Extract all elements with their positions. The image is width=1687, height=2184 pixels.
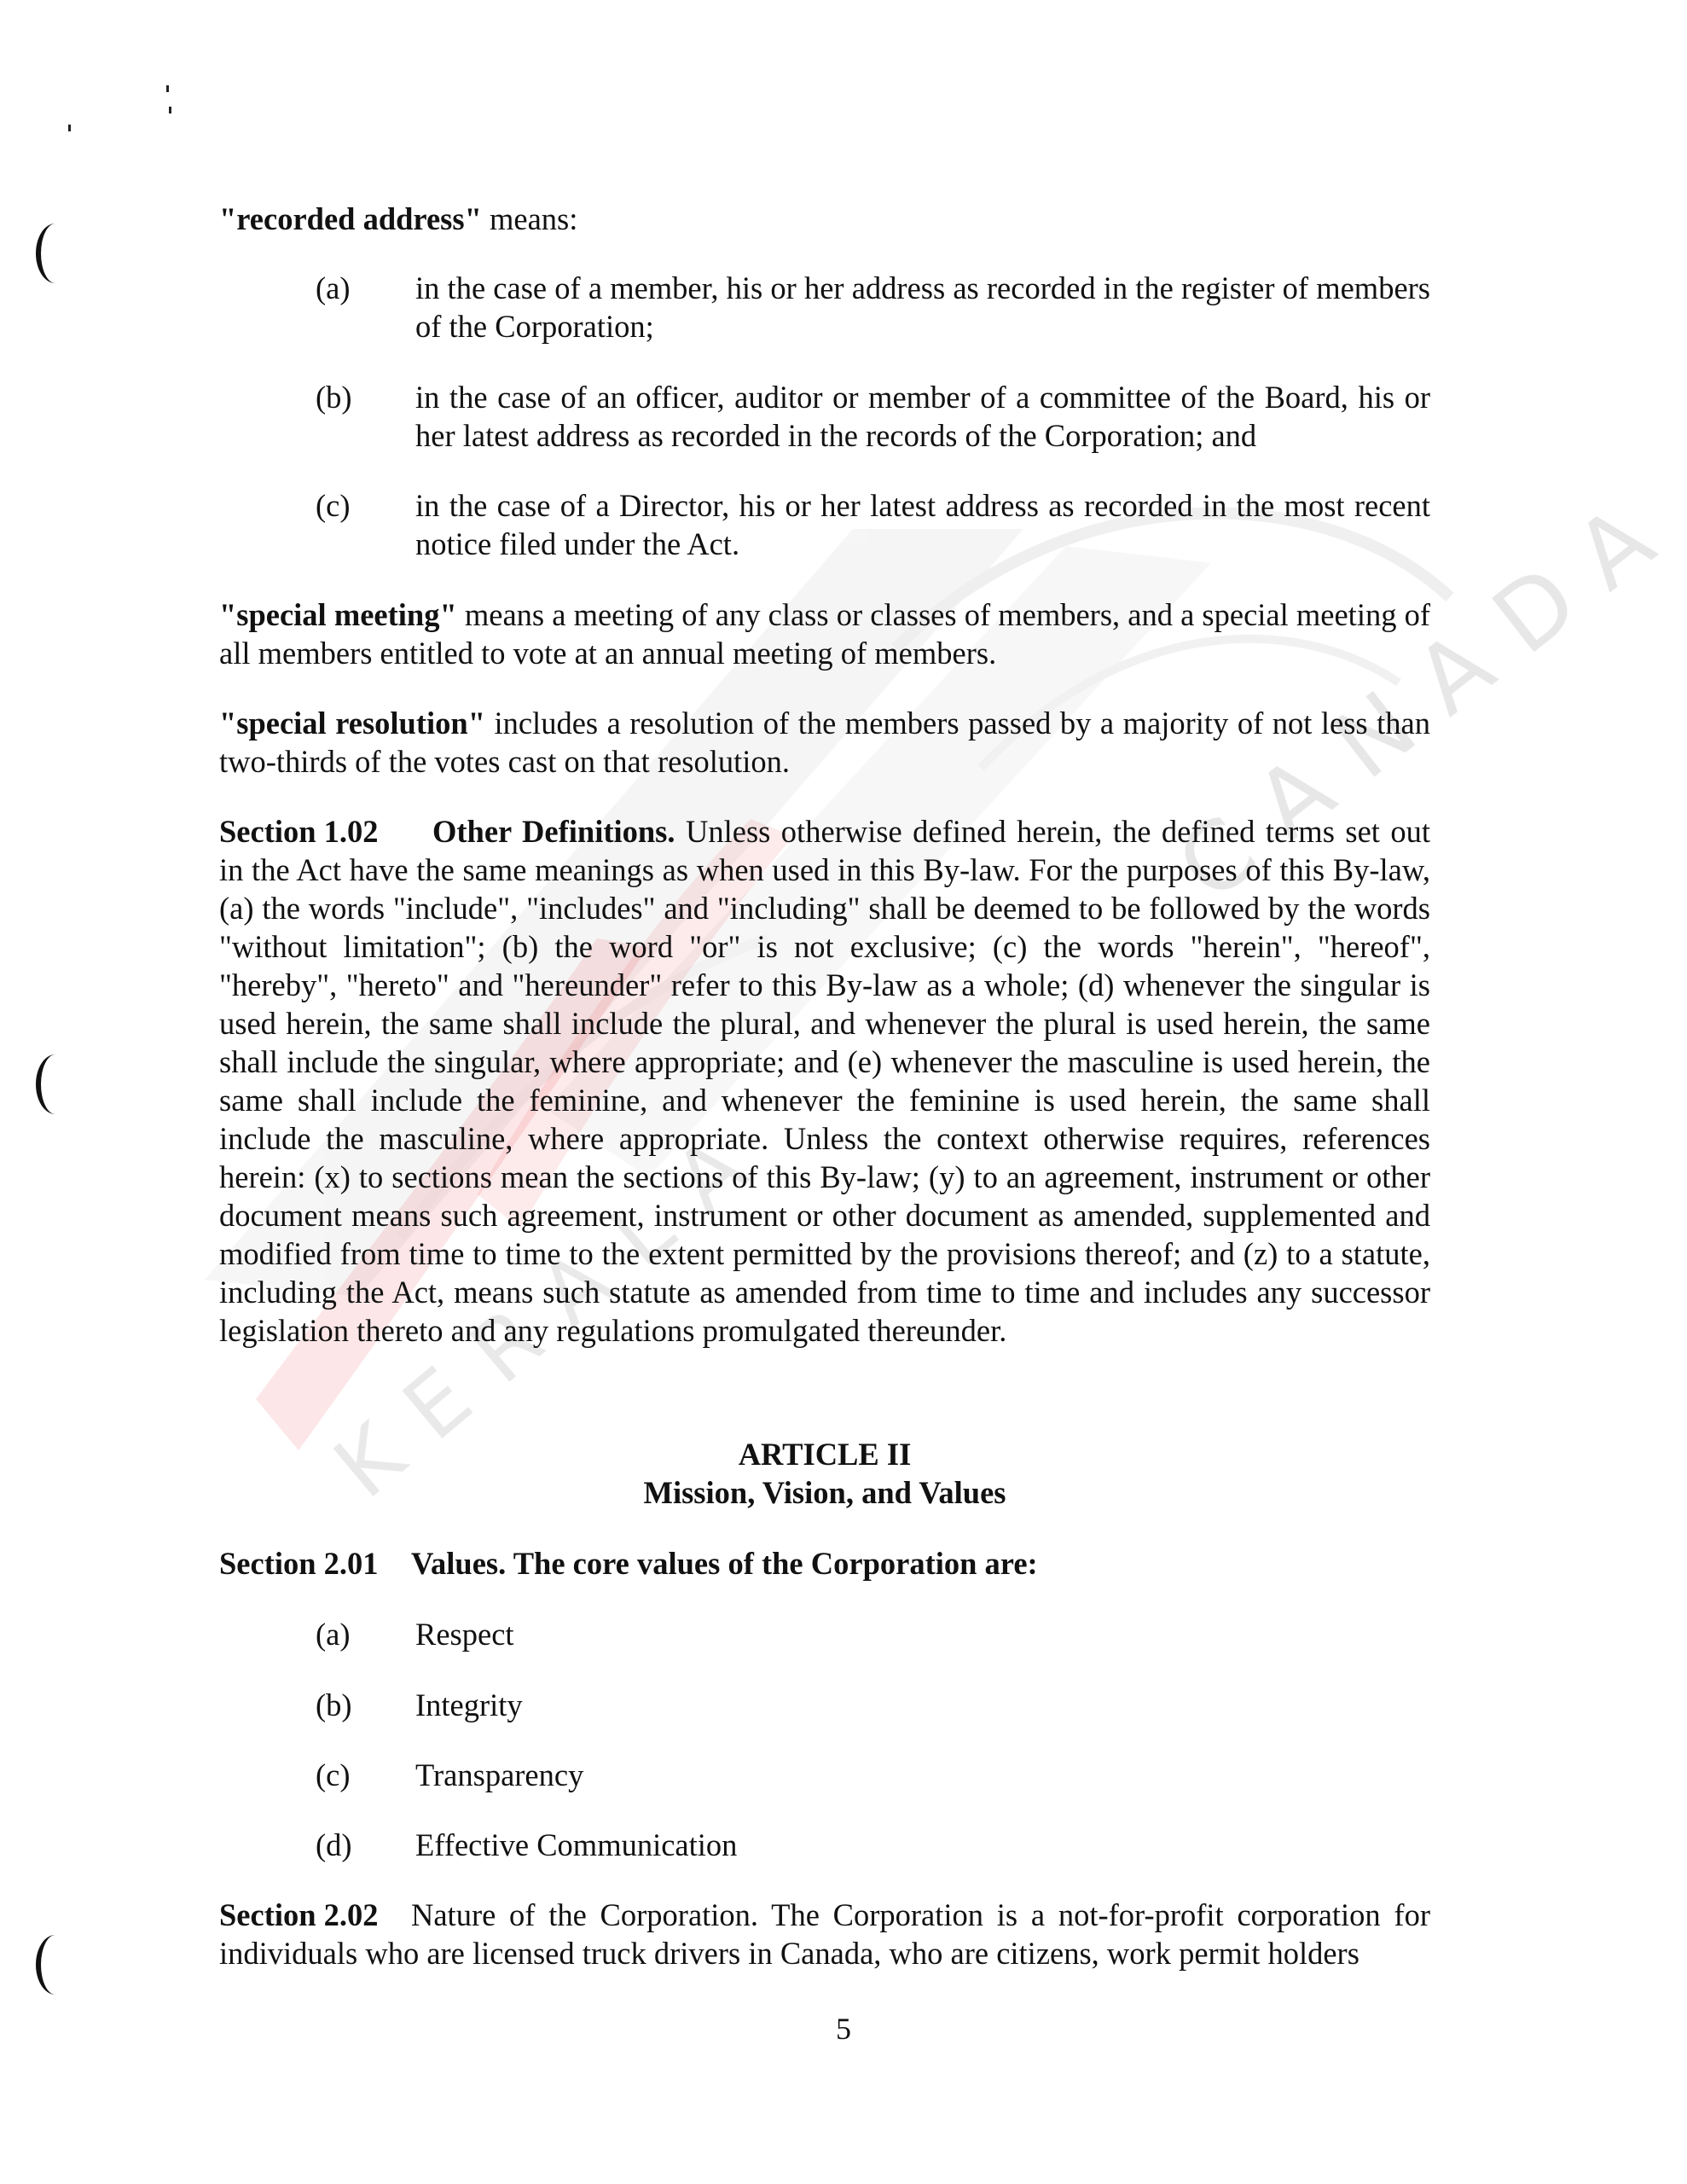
section-number: Section 2.01 <box>219 1544 411 1583</box>
list-text: in the case of an officer, auditor or me… <box>415 378 1430 455</box>
punch-hole-mark <box>36 1935 75 1995</box>
value-text: Effective Communication <box>415 1826 1430 1864</box>
article-subheading: Mission, Vision, and Values <box>219 1473 1430 1512</box>
list-label: (a) <box>316 1615 351 1653</box>
section-1-02: Section 1.02Other Definitions. Unless ot… <box>219 812 1430 1350</box>
section-2-01: Section 2.01Values. The core values of t… <box>219 1544 1430 1583</box>
value-text: Integrity <box>415 1686 1430 1724</box>
section-title: Other Definitions. <box>432 814 675 849</box>
definition-recorded-address: "recorded address" means: <box>219 200 1430 238</box>
punch-hole-mark <box>36 224 75 283</box>
scan-speck <box>166 85 169 92</box>
punch-hole-mark <box>36 1054 75 1114</box>
section-title: Values. The core values of the Corporati… <box>411 1546 1038 1581</box>
list-text: in the case of a Director, his or her la… <box>415 486 1430 563</box>
list-label: (a) <box>316 269 351 307</box>
section-text: Unless otherwise defined herein, the def… <box>219 814 1430 1348</box>
definition-lead: means: <box>482 201 578 236</box>
value-text: Transparency <box>415 1756 1430 1794</box>
list-label: (d) <box>316 1826 352 1864</box>
scan-speck <box>68 125 71 131</box>
list-label: (c) <box>316 1756 351 1794</box>
scan-speck <box>169 107 171 113</box>
definition-term: "special meeting" <box>219 597 457 632</box>
section-2-02: Section 2.02Nature of the Corporation. T… <box>219 1896 1430 1972</box>
section-number: Section 2.02 <box>219 1896 411 1934</box>
list-label: (b) <box>316 1686 352 1724</box>
page-number: 5 <box>0 2011 1687 2047</box>
list-label: (c) <box>316 486 351 525</box>
definition-term: "recorded address" <box>219 201 482 236</box>
section-number: Section 1.02 <box>219 812 432 851</box>
list-label: (b) <box>316 378 352 416</box>
definition-special-resolution: "special resolution" includes a resoluti… <box>219 704 1430 781</box>
value-text: Respect <box>415 1615 1430 1653</box>
definition-special-meeting: "special meeting" means a meeting of any… <box>219 595 1430 672</box>
definition-term: "special resolution" <box>219 706 485 741</box>
list-text: in the case of a member, his or her addr… <box>415 269 1430 346</box>
article-heading: ARTICLE II <box>219 1435 1430 1473</box>
